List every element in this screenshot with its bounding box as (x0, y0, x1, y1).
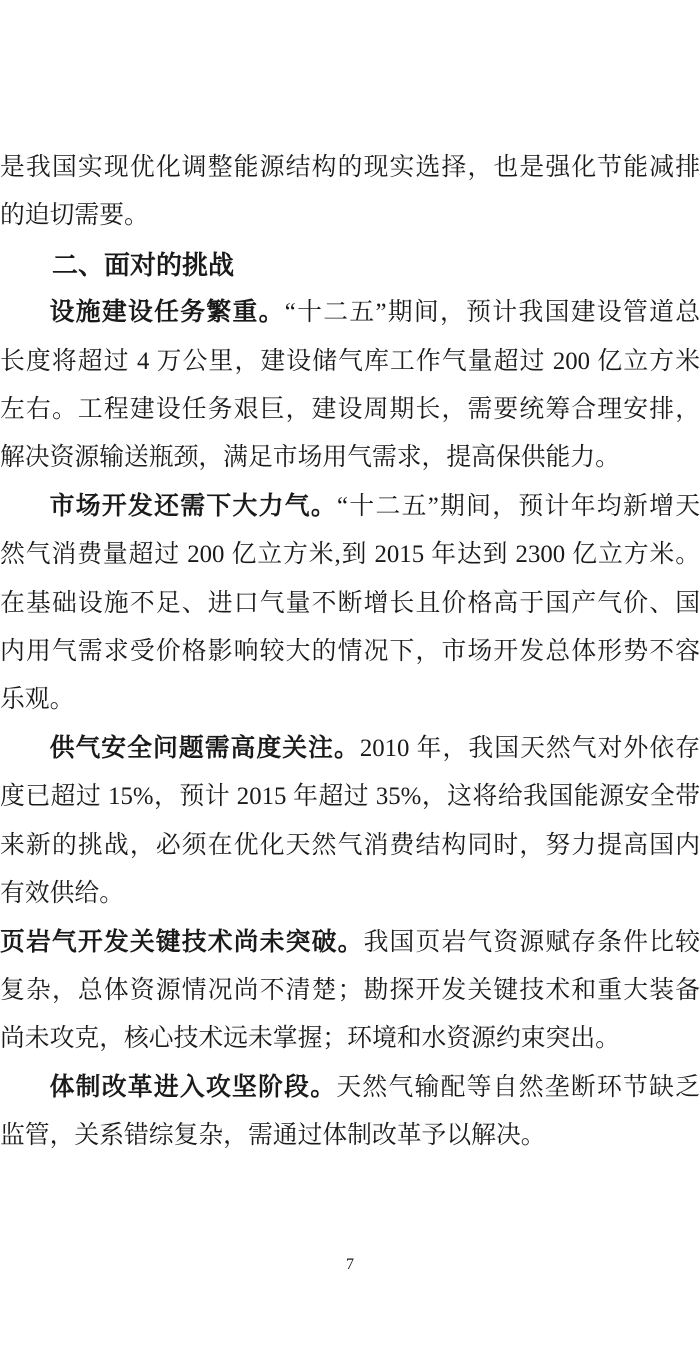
text-line: 来新的挑战，必须在优化天然气消费结构同时，努力提高国内 (0, 822, 700, 870)
line-text: 有效供给。 (0, 880, 124, 907)
paragraph-lead: 设施建设任务繁重。 (50, 299, 285, 326)
text-line: 监管，关系错综复杂，需通过体制改革予以解决。 (0, 1112, 700, 1160)
paragraph-lead: 供气安全问题需高度关注。 (50, 735, 360, 762)
paragraph-lead: 体制改革进入攻坚阶段。 (50, 1074, 337, 1101)
line-text: 我国页岩气资源赋存条件比较 (364, 929, 700, 956)
text-line: 复杂，总体资源情况尚不清楚；勘探开发关键技术和重大装备 (0, 967, 700, 1015)
text-line: 的迫切需要。 (0, 192, 700, 240)
line-text: 在基础设施不足、进口气量不断增长且价格高于国产气价、国 (0, 590, 700, 617)
line-text: 左右。工程建设任务艰巨，建设周期长，需要统筹合理安排， (0, 396, 700, 423)
line-text: 是我国实现优化调整能源结构的现实选择，也是强化节能减排 (0, 154, 700, 181)
line-text: 解决资源输送瓶颈，满足市场用气需求，提高保供能力。 (0, 444, 620, 471)
line-text: 的迫切需要。 (0, 202, 149, 229)
line-text: 监管，关系错综复杂，需通过体制改革予以解决。 (0, 1122, 546, 1149)
text-line: 然气消费量超过 200 亿立方米,到 2015 年达到 2300 亿立方米。 (0, 531, 700, 579)
text-line: 内用气需求受价格影响较大的情况下，市场开发总体形势不容 (0, 628, 700, 676)
line-text: 尚未攻克，核心技术远未掌握；环境和水资源约束突出。 (0, 1025, 620, 1052)
text-line: 左右。工程建设任务艰巨，建设周期长，需要统筹合理安排， (0, 386, 700, 434)
text-line: 解决资源输送瓶颈，满足市场用气需求，提高保供能力。 (0, 434, 700, 482)
text-line: 页岩气开发关键技术尚未突破。我国页岩气资源赋存条件比较 (0, 919, 700, 967)
line-text: 复杂，总体资源情况尚不清楚；勘探开发关键技术和重大装备 (0, 977, 700, 1004)
line-text: “十二五”期间，预计我国建设管道总 (285, 299, 700, 326)
line-text: 天然气输配等自然垄断环节缺乏 (336, 1074, 700, 1101)
line-text: 来新的挑战，必须在优化天然气消费结构同时，努力提高国内 (0, 832, 700, 859)
text-line: 是我国实现优化调整能源结构的现实选择，也是强化节能减排 (0, 144, 700, 192)
text-line: 度已超过 15%，预计 2015 年超过 35%，这将给我国能源安全带 (0, 773, 700, 821)
text-line: 在基础设施不足、进口气量不断增长且价格高于国产气价、国 (0, 580, 700, 628)
text-line: 长度将超过 4 万公里，建设储气库工作气量超过 200 亿立方米 (0, 338, 700, 386)
text-line: 乐观。 (0, 676, 700, 724)
text-line: 有效供给。 (0, 870, 700, 918)
line-text: 然气消费量超过 200 亿立方米,到 2015 年达到 2300 亿立方米。 (0, 541, 700, 568)
line-text: 2010 年，我国天然气对外依存 (360, 735, 700, 762)
line-text: 内用气需求受价格影响较大的情况下，市场开发总体形势不容 (0, 638, 700, 665)
line-text: 度已超过 15%，预计 2015 年超过 35%，这将给我国能源安全带 (0, 783, 700, 810)
section-heading-text: 二、面对的挑战 (52, 250, 234, 280)
section-heading: 二、面对的挑战 (0, 241, 700, 289)
document-page: 是我国实现优化调整能源结构的现实选择，也是强化节能减排 的迫切需要。 二、面对的… (0, 0, 700, 1358)
page-number: 7 (0, 1254, 700, 1276)
text-line: 市场开发还需下大力气。“十二五”期间，预计年均新增天 (0, 483, 700, 531)
text-line: 供气安全问题需高度关注。2010 年，我国天然气对外依存 (0, 725, 700, 773)
text-line: 体制改革进入攻坚阶段。天然气输配等自然垄断环节缺乏 (0, 1064, 700, 1112)
line-text: “十二五”期间，预计年均新增天 (337, 493, 700, 520)
paragraph-lead: 页岩气开发关键技术尚未突破。 (0, 929, 364, 956)
line-text: 乐观。 (0, 686, 74, 713)
paragraph-lead: 市场开发还需下大力气。 (50, 493, 337, 520)
text-line: 尚未攻克，核心技术远未掌握；环境和水资源约束突出。 (0, 1015, 700, 1063)
line-text: 长度将超过 4 万公里，建设储气库工作气量超过 200 亿立方米 (0, 348, 700, 375)
text-block: 是我国实现优化调整能源结构的现实选择，也是强化节能减排 的迫切需要。 二、面对的… (0, 144, 700, 1161)
text-line: 设施建设任务繁重。“十二五”期间，预计我国建设管道总 (0, 289, 700, 337)
